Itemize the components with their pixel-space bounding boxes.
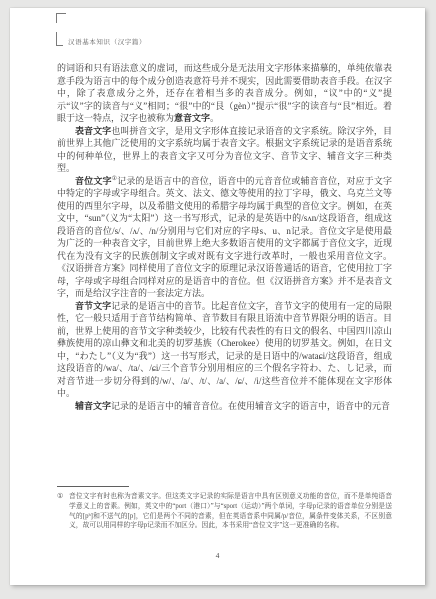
bold-term: 音节文字 [75,301,111,311]
page-header: 汉语基本知识（汉字篇） [56,32,146,46]
footnote-separator [57,486,129,487]
paragraph-text: 记录的是语言中的音位，语音中的元音音位或辅音音位，对应于文字中特定的字母或字母组… [57,176,392,299]
paragraph-continuation: 的词语和只有语法意义的虚词，而这些成分是无法用文字形体来描摹的，单纯依靠表意手段… [57,62,392,125]
bold-term: 意音文字 [174,113,210,123]
paragraph-consonantal-writing: 辅音文字记录的是语言中的辅音音位。在使用辅音文字的语言中，语音中的元音 [57,400,392,413]
body-text: 的词语和只有语法意义的虚词，而这些成分是无法用文字形体来描摹的，单纯依靠表意手段… [57,62,392,412]
paragraph-text: 的词语和只有语法意义的虚词，而这些成分是无法用文字形体来描摹的，单纯依靠表意手段… [57,63,392,123]
corner-crop-mark-icon [56,13,66,23]
bold-term: 辅音文字 [75,401,111,411]
bold-term: 表音文字 [75,126,111,136]
document-page: 汉语基本知识（汉字篇） 的词语和只有语法意义的虚词，而这些成分是无法用文字形体来… [10,8,425,585]
paragraph-syllabic-writing: 音节文字记录的是语言中的音节。比起音位文字，音节文字的使用有一定的局限性，它一般… [57,300,392,400]
page-number: 4 [10,551,425,560]
paragraph-text: 记录的是语言中的辅音音位。在使用辅音文字的语言中，语音中的元音 [111,401,390,411]
footnote-text: 音位文字有时也称为音素文字。但这类文字记录的实际是语言中具有区别意义功能的音位，… [69,492,392,531]
header-bracket-mark-icon [56,32,63,46]
footnote: ① 音位文字有时也称为音素文字。但这类文字记录的实际是语言中具有区别意义功能的音… [57,492,392,531]
page-background: 汉语基本知识（汉字篇） 的词语和只有语法意义的虚词，而这些成分是无法用文字形体来… [0,0,436,599]
paragraph-text: 。 [210,113,219,123]
bold-term: 音位文字 [75,176,112,186]
paragraph-phonemic-writing: 音位文字①记录的是语言中的音位，语音中的元音音位或辅音音位，对应于文字中特定的字… [57,175,392,300]
running-head: 汉语基本知识（汉字篇） [68,39,146,47]
paragraph-phonographic-writing: 表音文字也叫拼音文字，是用文字形体直接记录语音的文字系统。除汉字外，目前世界上其… [57,125,392,175]
footnote-marker: ① [57,492,69,531]
paragraph-text: 记录的是语言中的音节。比起音位文字，音节文字的使用有一定的局限性，它一般只适用于… [57,301,392,399]
